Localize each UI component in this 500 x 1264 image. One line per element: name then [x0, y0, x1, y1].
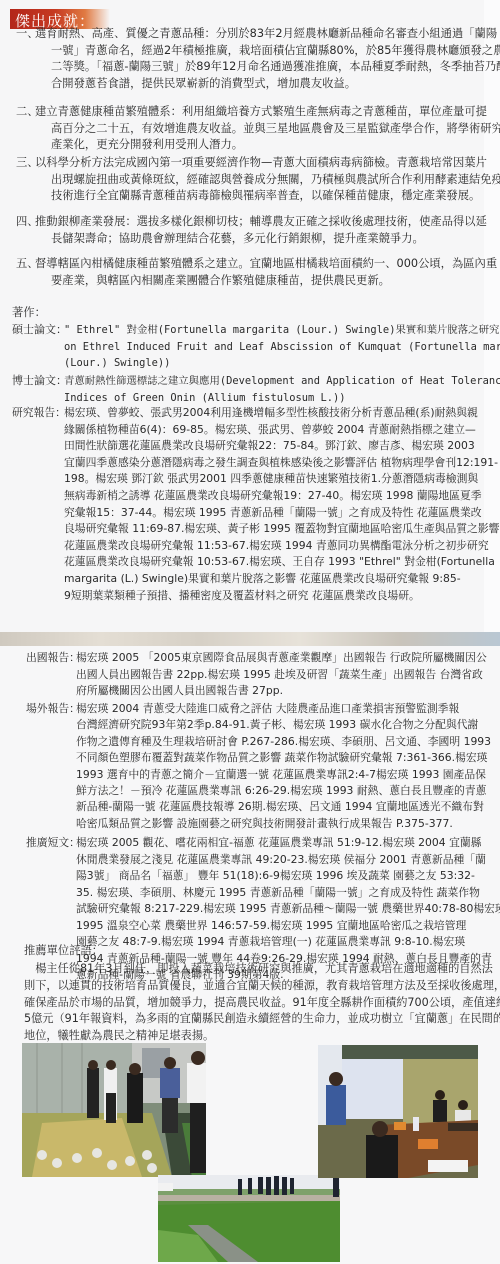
research-reports-line: 花蓮區農業改良場研究彙報 10:53-67.楊宏瑛、王自存 1993 "Ethr…: [64, 554, 499, 571]
research-reports-line: margarita (L.) Swingle)果實和葉片脫落之影響 花蓮區農業改…: [64, 571, 499, 588]
overseas-reports-line: 出國人員出國報告書 22pp.楊宏瑛 1995 赴埃及研習「蔬菜生產」出國報告 …: [76, 667, 487, 684]
overseas-reports-label: 出國報告：: [26, 650, 80, 667]
achievement-line: 要產業，與轄區內相關產業團體合作繁殖健康種苗，提供農民更新。: [51, 273, 475, 290]
external-reports-line: 新品種-蘭陽一號 花蓮區農技報導 26期.楊宏瑛、呂文通 1994 宜蘭地區透光…: [76, 799, 491, 815]
recommendation-line: 5億元（91年報資料，為多雨的宜蘭縣民創造永續經營的生命力，並成功樹立「宜蘭蔥」…: [24, 1011, 500, 1028]
extension-articles-line: 1995 溫泉空心菜 農藥世界 146:57-59.楊宏瑛 1995 宜蘭地區哈…: [76, 918, 500, 935]
doctoral-thesis-line: Indices of Green Onin (Allium fistulosum…: [64, 390, 500, 407]
research-reports-line: 宜蘭四季蔥感染分蔥潛隱病毒之發生調查與植株感染後之影響評估 植物病理學會刊12:…: [64, 455, 499, 472]
doctoral-thesis-label: 博士論文：: [12, 373, 67, 390]
research-reports-line: 究彙報15：37-44。楊宏瑛 1995 青蔥新品種「蘭陽一號」之育成及特性 花…: [64, 505, 499, 522]
achievement-line: 高百分之二十五，有效增進農友收益。並與三星地區農會及三星監獄產學合作，將學術研究: [51, 121, 475, 138]
publications-heading: 著作：: [12, 305, 46, 322]
extension-articles-line: 園藝之友 48:7-9.楊宏瑛 1994 青蔥栽培管理(一) 花蓮區農業專訊 9…: [76, 934, 500, 951]
research-reports-line: 9短期葉菜類種子預措、播種密度及覆蓋材料之研究 花蓮區農業改良場研。: [64, 588, 499, 605]
research-reports-line: 緣關係植物種苗6(4)：69-85。楊宏瑛、張武男、曾夢蛟 2004 青蔥耐熱指…: [64, 422, 499, 439]
achievement-line: 督導轄區內柑橘健康種苗繁殖體系之建立。宜蘭地區柑橘栽培面積約一、000公頃，為區…: [35, 256, 475, 273]
achievement-line: 建立青蔥健康種苗繁殖體系：利用組織培養方式繁殖生產無病毒之青蔥種苗，單位產量可提: [35, 104, 475, 121]
meeting-presentation-photo: [318, 1045, 478, 1178]
achievement-line: 推動銀柳產業發展：選拔多樣化銀柳切枝；輔導農友正確之採收後處理技術，使產品得以延: [35, 214, 475, 231]
extension-articles-line: 陽3號」 商品名「福蔥」 豐年 51(18):6-9楊宏瑛 1996 埃及蔬菜 …: [76, 868, 500, 885]
research-reports-line: 田間性狀篩選花蓮區農業改良場研究彙報22：75-84。鄧汀欽、廖吉彥、楊宏瑛 2…: [64, 438, 499, 455]
research-reports-line: 198。楊宏瑛 鄧汀欽 張武男2001 四季蔥健康種苗快速繁殖技術1.分蔥潛隱病…: [64, 471, 499, 488]
doctoral-thesis-line: 青蔥耐熱性篩選標誌之建立與應用(Development and Applicat…: [64, 373, 500, 390]
recommendation-line: 確保產品於市場的品質，增加競爭力，提高農民收益。91年度全縣耕作面積約700公頃…: [24, 995, 500, 1012]
overseas-reports-line: 楊宏瑛 2005 「2005東京國際食品展與青蔥產業觀摩」出國報告 行政院所屬機…: [76, 650, 487, 667]
research-reports-line: 楊宏瑛、曾夢蛟、張武男2004利用逢機增幅多型性核酸技術分析青蔥品種(系)耐熱與…: [64, 405, 499, 422]
masters-thesis-line: on Ethrel Induced Fruit and Leaf Absciss…: [64, 339, 500, 356]
achievement-line: 出現螺旋扭曲或黃條斑紋，經確認與營養成分無關，乃積極與農試所合作利用酵素連結免疫: [51, 172, 475, 189]
achievement-line: 二等獎。「福蔥-蘭陽三號」於89年12月命名通過獲准推廣，本品種夏季耐熱，冬季抽…: [51, 59, 475, 76]
extension-articles-line: 楊宏瑛 2005 觀花、嚐花兩相宜-福蔥 花蓮區農業專訊 51:9-12.楊宏瑛…: [76, 835, 500, 852]
external-reports-line: 哈密瓜類品質之影響 設施園藝之研究與技術開發計畫執行成果報告 P.375-377…: [76, 816, 491, 832]
masters-thesis-line: " Ethrel" 對金柑(Fortunella margarita (Lour…: [64, 322, 500, 339]
external-reports-line: 1993 選育中的青蔥之簡介－宜蘭選一號 花蓮區農業專訊2:4-7楊宏瑛 199…: [76, 767, 491, 783]
extension-articles-line: 35. 楊宏瑛、李碩朋、林慶元 1995 青蔥新品種「蘭陽一號」之育成及特性 蔬…: [76, 885, 500, 902]
achievement-line: 長儲架壽命；協助農會辦理結合花藝，多元化行銷銀柳，提升產業競爭力。: [51, 231, 475, 248]
recommendation-line: 則下，以連貫的技術培育品質優良，並適合宜蘭天候的種源，教育栽培管理方法及至採收後…: [24, 978, 500, 995]
achievement-line: 產業化，更充分開發利用受刑人潛力。: [51, 137, 475, 154]
field-visit-photo: [158, 1175, 340, 1262]
achievement-line: 選育耐熱、高產、質優之青蔥品種：分別於83年2月經農林廳新品種命名審查小組通過「…: [35, 26, 475, 43]
page-seam: [0, 632, 500, 646]
recommendation-line: 楊主任從81年3月到任，即投入蔬菜栽培技術研究與推廣，尤其青蔥栽培在適地適種的自…: [24, 961, 493, 978]
extension-articles-label: 推廣短文：: [26, 835, 80, 852]
masters-thesis-line: (Lour.) Swingle)): [64, 355, 500, 372]
masters-thesis-label: 碩士論文：: [12, 322, 67, 339]
overseas-reports-line: 府所屬機關因公出國人員出國報告書 27pp.: [76, 683, 487, 700]
research-reports-line: 花蓮區農業改良場研究彙報 11:53-67.楊宏瑛 1994 青蔥同功異構酯電泳…: [64, 538, 499, 555]
extension-articles-line: 試驗研究彙報 8:217-229.楊宏瑛 1995 青蔥新品種～蘭陽一號 農藥世…: [76, 901, 500, 918]
external-reports-label: 場外報告：: [26, 701, 80, 717]
external-reports-line: 作物之遺傳育種及生理栽培研討會 P.267-286.楊宏瑛、李碩朋、呂文通、李國…: [76, 734, 491, 750]
external-reports-line: 不同顏色塑膠布覆蓋對蔬菜作物品質之影響 蔬菜作物試驗研究彙報 7:361-366…: [76, 750, 491, 766]
extension-articles-line: 休閒農業發展之淺見 花蓮區農業專訊 49:20-23.楊宏瑛 侯福分 2001 …: [76, 852, 500, 869]
achievement-line: 合開發蔥苔食譜，提供民眾嶄新的消費型式，增加農友收益。: [51, 76, 475, 93]
external-reports-line: 台灣經濟研究院93年第2季p.84-91.黃子彬、楊宏瑛 1993 碳水化合物之…: [76, 717, 491, 733]
research-reports-line: 良場研究彙報 11:69-87.楊宏瑛、黃子彬 1995 覆蓋物對宜蘭地區哈密瓜…: [64, 521, 499, 538]
achievement-line: 一號」青蔥命名，經過2年積極推廣，栽培面積佔宜蘭縣80%，於85年獲得農林廳頒發…: [51, 43, 475, 60]
external-reports-line: 鮮方法之！－預冷 花蓮區農業專訊 6:26-29.楊宏瑛 1993 耐熱、蔥白長…: [76, 783, 491, 799]
research-reports-label: 研究報告：: [12, 405, 66, 422]
recommendation-heading: 推薦單位評語：: [24, 943, 103, 960]
research-reports-line: 無病毒新梢之誘導 花蓮區農業改良場研究彙報19：27-40。楊宏瑛 1998 蘭…: [64, 488, 499, 505]
achievement-line: 技術進行全宜蘭縣青蔥種苗病毒篩檢與罹病率普查，以確保種苗健康，穩定產業發展。: [51, 188, 475, 205]
greenhouse-visit-photo: [22, 1043, 206, 1177]
achievement-line: 以科學分析方法完成國內第一項重要經濟作物—青蔥大面積病毒病篩檢。青蔥栽培常因葉片: [35, 155, 475, 172]
external-reports-line: 楊宏瑛 2004 青蔥受大陸進口威脅之評估 大陸農產品進口產業損害預警監測季報: [76, 701, 491, 717]
